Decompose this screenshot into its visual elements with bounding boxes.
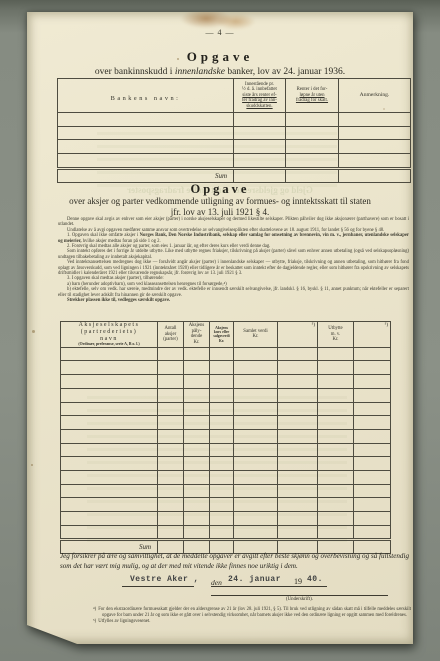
blank-form-cell <box>210 361 234 375</box>
blank-form-cell <box>318 429 354 443</box>
blank-form-cell <box>318 375 354 389</box>
col-header-rate-value: Aksjens kurs eller salgsverdi Kr. <box>210 322 234 348</box>
blank-form-cell <box>354 429 391 443</box>
shares-table-header-row: Aksjeselskapets (partrederiets) navn(Ord… <box>61 322 391 348</box>
blank-form-cell <box>278 361 318 375</box>
blank-form-cell <box>278 443 318 457</box>
blank-form-cell <box>61 375 158 389</box>
instruction-paragraph: Som inntekt opføres det i forrige år utd… <box>58 249 409 260</box>
blank-form-cell <box>354 361 391 375</box>
blank-form-cell <box>354 347 391 361</box>
col-header-interest: Renter i det for-løpne år uten fradrag f… <box>286 79 339 113</box>
blank-form-cell <box>286 113 339 127</box>
blank-form-cell <box>158 498 184 512</box>
blank-form-row <box>61 402 391 416</box>
blank-form-cell <box>234 126 286 140</box>
col-header-deposit: Innestående pr. ½ d. å. innbefattetsiste… <box>234 79 286 113</box>
blank-form-cell <box>210 525 234 540</box>
blank-form-cell <box>354 457 391 471</box>
section1-subtitle-suffix: banker, lov av 24. januar 1936. <box>225 67 345 77</box>
paper-shadow: Gjeld og gjeldsrenter samt andre fradrag… <box>27 12 413 644</box>
sum-deposit-cell <box>234 168 286 182</box>
blank-form-cell <box>234 375 278 389</box>
blank-form-cell <box>158 416 184 430</box>
blank-form-cell <box>234 498 278 512</box>
blank-form-cell <box>234 457 278 471</box>
blank-form-cell <box>61 512 158 526</box>
section1-subtitle-italic: innenlandske <box>175 67 225 77</box>
blank-form-cell <box>354 498 391 512</box>
blank-form-cell <box>184 512 210 526</box>
blank-form-cell <box>354 375 391 389</box>
blank-form-cell <box>286 140 339 154</box>
foxing-speck <box>32 330 35 333</box>
blank-form-cell <box>61 443 158 457</box>
blank-form-cell <box>158 470 184 484</box>
date-field-line <box>211 586 327 587</box>
blank-form-cell <box>158 457 184 471</box>
blank-form-cell <box>158 443 184 457</box>
blank-form-row <box>58 113 411 127</box>
blank-form-cell <box>210 429 234 443</box>
signature-caption: (Underskrift). <box>211 597 388 602</box>
blank-form-cell <box>184 347 210 361</box>
col-header-share-count: Antall aksjer (parter) <box>158 322 184 348</box>
blank-form-cell <box>278 429 318 443</box>
footnote-4: ⁴)For den ekstraordinære formuesskatt gj… <box>93 607 411 618</box>
blank-form-cell <box>234 140 286 154</box>
blank-form-cell <box>234 484 278 498</box>
blank-form-row <box>61 361 391 375</box>
blank-form-cell <box>278 388 318 402</box>
blank-form-cell <box>234 512 278 526</box>
blank-form-cell <box>318 402 354 416</box>
blank-form-cell <box>210 443 234 457</box>
blank-form-cell <box>234 470 278 484</box>
blank-form-row <box>61 375 391 389</box>
blank-form-cell <box>286 154 339 169</box>
blank-form-row <box>61 443 391 457</box>
blank-form-cell <box>278 498 318 512</box>
sum-label: Sum <box>58 168 234 182</box>
blank-form-cell <box>184 402 210 416</box>
col-header-office-use-1: ⁵) <box>278 322 318 348</box>
footnote-4-text: For den ekstraordinære formuesskatt gjel… <box>98 607 411 618</box>
blank-form-cell <box>278 525 318 540</box>
blank-form-cell <box>318 484 354 498</box>
col-header-company-name: Aksjeselskapets (partrederiets) navn(Ord… <box>61 322 158 348</box>
blank-form-cell <box>210 402 234 416</box>
blank-form-row <box>61 484 391 498</box>
blank-form-cell <box>184 443 210 457</box>
blank-form-cell <box>318 498 354 512</box>
blank-form-cell <box>354 470 391 484</box>
blank-form-cell <box>354 484 391 498</box>
blank-form-cell <box>318 525 354 540</box>
blank-form-cell <box>158 484 184 498</box>
blank-form-cell <box>210 484 234 498</box>
blank-form-cell <box>184 470 210 484</box>
bank-table-body <box>58 113 411 169</box>
blank-form-cell <box>210 375 234 389</box>
section2-subtitle-line2: jfr. lov av 13. juli 1921 § 4. <box>27 207 413 217</box>
blank-form-cell <box>158 402 184 416</box>
blank-form-row <box>61 416 391 430</box>
blank-form-row <box>61 429 391 443</box>
blank-form-row <box>61 512 391 526</box>
blank-form-cell <box>58 154 234 169</box>
blank-form-cell <box>61 525 158 540</box>
blank-form-cell <box>286 126 339 140</box>
col-header-bank-name: Bankens navn: <box>58 79 234 113</box>
blank-form-cell <box>184 498 210 512</box>
foxing-speck <box>31 464 33 466</box>
blank-form-cell <box>278 512 318 526</box>
col-header-office-use-2: ⁵) <box>354 322 391 348</box>
blank-form-cell <box>61 457 158 471</box>
blank-form-row <box>58 154 411 169</box>
blank-form-cell <box>278 484 318 498</box>
blank-form-row <box>61 388 391 402</box>
blank-form-row <box>61 470 391 484</box>
page-number: — 4 — <box>27 28 413 37</box>
footnote-5: ⁵)Utfylles av ligningsvesenet. <box>93 619 411 625</box>
scan-background: { "page": { "number": "— 4 —" }, "bleedt… <box>0 0 440 661</box>
blank-form-cell <box>210 498 234 512</box>
blank-form-cell <box>278 375 318 389</box>
shares-table: Aksjeselskapets (partrederiets) navn(Ord… <box>60 321 391 554</box>
instruction-paragraph: Denne opgave skal avgis av enhver som ei… <box>58 217 409 228</box>
blank-form-cell <box>184 361 210 375</box>
blank-form-cell <box>61 361 158 375</box>
blank-form-cell <box>339 126 411 140</box>
blank-form-row <box>58 140 411 154</box>
blank-form-cell <box>158 429 184 443</box>
blank-form-cell <box>234 402 278 416</box>
instruction-paragraph: Strekker plassen ikke til, vedlegges sær… <box>58 298 409 303</box>
blank-form-row <box>61 457 391 471</box>
col-header-remark: Anmerkning. <box>339 79 411 113</box>
year-field-value: 40. <box>307 575 323 584</box>
blank-form-cell <box>339 154 411 169</box>
blank-form-cell <box>278 457 318 471</box>
blank-form-cell <box>61 484 158 498</box>
blank-form-cell <box>61 347 158 361</box>
section1-title: Opgave <box>27 49 413 65</box>
shares-table-body <box>61 347 391 540</box>
section2-subtitle-line1: over aksjer og parter vedkommende utlign… <box>27 196 413 206</box>
blank-form-cell <box>354 416 391 430</box>
blank-form-cell <box>318 457 354 471</box>
blank-form-cell <box>354 402 391 416</box>
blank-form-cell <box>58 126 234 140</box>
place-field-line <box>122 586 194 587</box>
blank-form-row <box>61 347 391 361</box>
blank-form-cell <box>58 113 234 127</box>
blank-form-cell <box>158 375 184 389</box>
paper-sheet: Gjeld og gjeldsrenter samt andre fradrag… <box>27 12 413 644</box>
blank-form-cell <box>184 416 210 430</box>
blank-form-row <box>58 126 411 140</box>
bank-table-header-row: Bankens navn: Innestående pr. ½ d. å. in… <box>58 79 411 113</box>
section2-title: Opgave <box>27 182 413 197</box>
blank-form-cell <box>234 416 278 430</box>
blank-form-cell <box>61 388 158 402</box>
blank-form-cell <box>184 525 210 540</box>
blank-form-cell <box>318 347 354 361</box>
blank-form-cell <box>184 388 210 402</box>
blank-form-cell <box>158 512 184 526</box>
blank-form-cell <box>234 347 278 361</box>
blank-form-cell <box>184 429 210 443</box>
blank-form-cell <box>339 140 411 154</box>
blank-form-cell <box>234 443 278 457</box>
blank-form-cell <box>210 416 234 430</box>
blank-form-cell <box>210 512 234 526</box>
blank-form-cell <box>354 443 391 457</box>
blank-form-cell <box>234 113 286 127</box>
blank-form-cell <box>318 470 354 484</box>
blank-form-cell <box>61 429 158 443</box>
footnotes: ⁴)For den ekstraordinære formuesskatt gj… <box>93 607 411 626</box>
sum-remark-cell <box>339 168 411 182</box>
section2-instructions: Denne opgave skal avgis av enhver som ei… <box>58 217 409 304</box>
blank-form-cell <box>158 347 184 361</box>
blank-form-cell <box>210 388 234 402</box>
blank-form-cell <box>210 457 234 471</box>
blank-form-cell <box>278 347 318 361</box>
instruction-paragraph: b) ektefelle, selv om vedk. har særeie, … <box>58 287 409 298</box>
blank-form-cell <box>158 388 184 402</box>
blank-form-cell <box>318 361 354 375</box>
date-field-value: 24. januar <box>228 575 281 584</box>
blank-form-cell <box>318 416 354 430</box>
blank-form-cell <box>234 429 278 443</box>
col-header-total-value: Samlet verdi Kr. <box>234 322 278 348</box>
bank-table-sum-row: Sum <box>58 168 411 182</box>
blank-form-cell <box>58 140 234 154</box>
blank-form-cell <box>278 470 318 484</box>
place-field-value: Vestre Aker , <box>130 575 199 584</box>
col-header-nominal-value: Aksjens påly- dende Kr. <box>184 322 210 348</box>
blank-form-cell <box>234 388 278 402</box>
blank-form-cell <box>158 361 184 375</box>
blank-form-cell <box>318 512 354 526</box>
blank-form-cell <box>184 375 210 389</box>
blank-form-cell <box>234 361 278 375</box>
blank-form-cell <box>184 457 210 471</box>
footnote-5-text: Utfylles av ligningsvesenet. <box>98 619 150 624</box>
blank-form-cell <box>184 484 210 498</box>
section1-subtitle-prefix: over bankinnskudd i <box>95 67 175 77</box>
blank-form-cell <box>354 512 391 526</box>
blank-form-cell <box>158 525 184 540</box>
blank-form-cell <box>354 388 391 402</box>
blank-form-cell <box>278 416 318 430</box>
blank-form-row <box>61 525 391 540</box>
blank-form-cell <box>318 388 354 402</box>
blank-form-cell <box>210 470 234 484</box>
instruction-paragraph: Ved inntektsansettelsen medregnes dog ik… <box>58 260 409 276</box>
blank-form-cell <box>61 470 158 484</box>
blank-form-cell <box>318 443 354 457</box>
blank-form-cell <box>61 402 158 416</box>
blank-form-cell <box>354 525 391 540</box>
blank-form-cell <box>339 113 411 127</box>
signature-line <box>211 595 388 596</box>
sum-interest-cell <box>286 168 339 182</box>
blank-form-cell <box>61 498 158 512</box>
year-prefix: 19 <box>294 577 302 586</box>
blank-form-cell <box>210 347 234 361</box>
blank-form-cell <box>234 525 278 540</box>
declaration-text: Jeg forsikrer på ære og samvittighet, at… <box>60 551 409 571</box>
section1-subtitle: over bankinnskudd i innenlandske banker,… <box>27 67 413 77</box>
blank-form-cell <box>234 154 286 169</box>
bank-deposits-table: Bankens navn: Innestående pr. ½ d. å. in… <box>57 78 411 183</box>
blank-form-row <box>61 498 391 512</box>
instruction-paragraph: 1. Opgaven skal ikke omfatte aksjer i No… <box>58 233 409 244</box>
col-header-dividend: Utbytte m. v. Kr. <box>318 322 354 348</box>
blank-form-cell <box>278 402 318 416</box>
blank-form-cell <box>61 416 158 430</box>
